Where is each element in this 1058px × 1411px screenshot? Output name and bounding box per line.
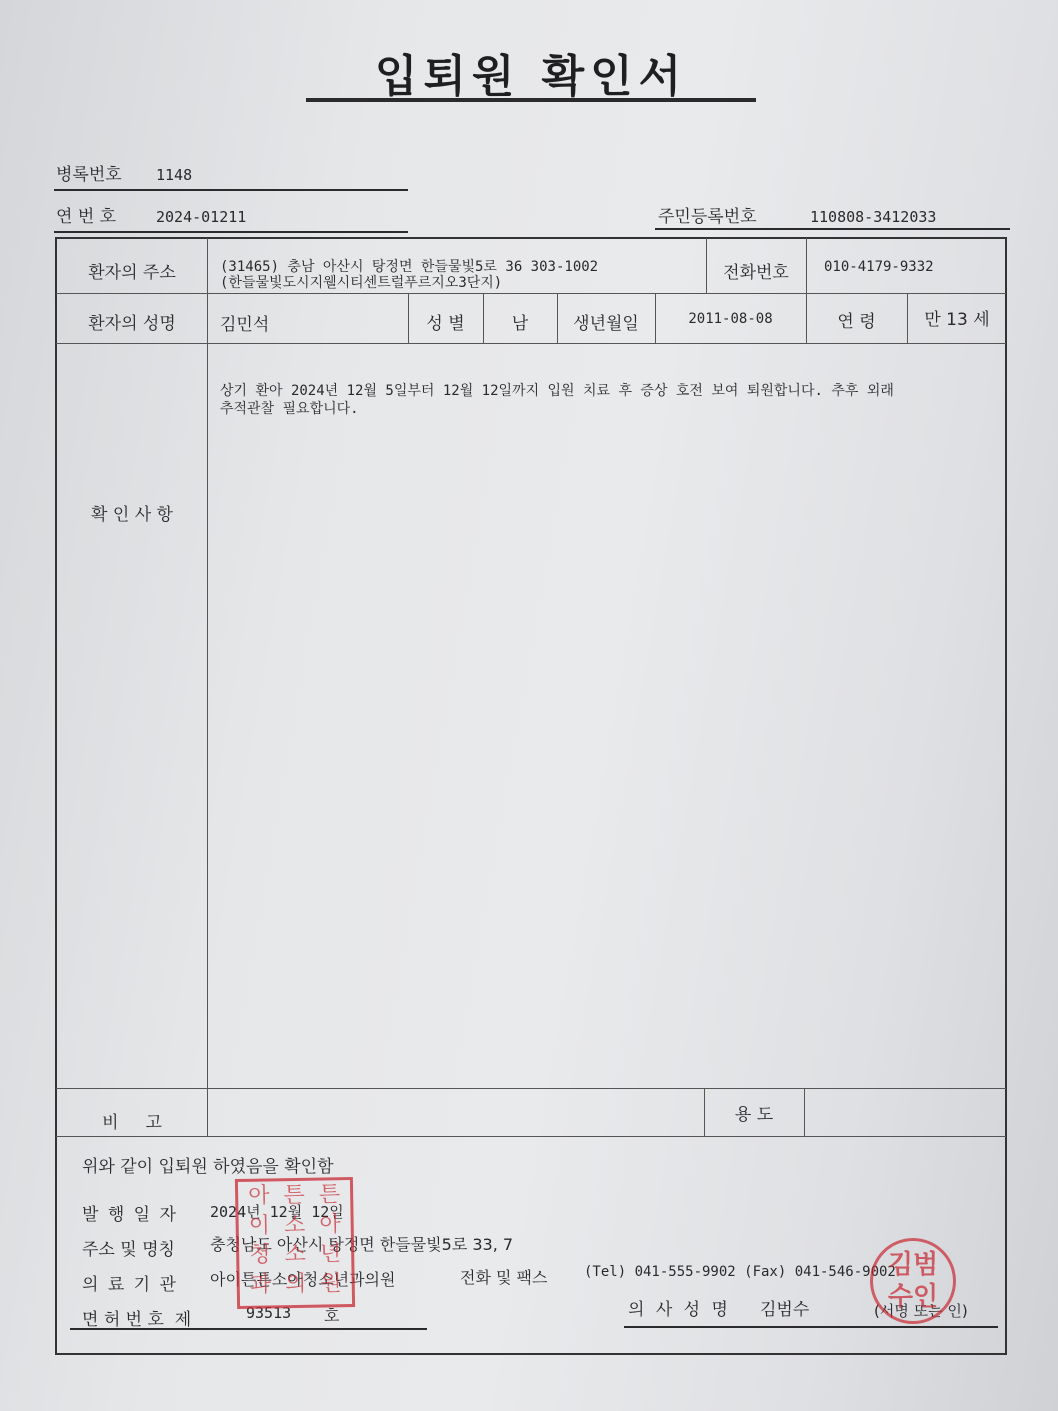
record-no-row: 병록번호 1148 [56,160,192,185]
name-value: 김민석 [220,310,269,335]
purpose-label: 용 도 [704,1100,804,1125]
sex-value: 남 [483,309,557,334]
row-divider [56,1088,1006,1089]
form-table [55,237,1007,1355]
contact-label: 전화 및 팩스 [460,1265,547,1288]
seal-character: 범 [913,1252,938,1278]
issuer-statement: 위와 같이 입퇴원 하였음을 확인함 [82,1152,334,1177]
birth-value: 2011-08-08 [655,311,806,327]
divider [54,189,408,191]
confirmation-label: 확 인 사 항 [57,500,207,525]
row-divider [56,1136,1006,1137]
sex-label: 성 별 [408,309,483,334]
institution-seal-stamp: 아튼튼이소아청소년과의원 [235,1177,355,1309]
seal-character: 년 [314,1243,348,1271]
divider [655,228,1010,230]
row-divider [56,293,1006,294]
seal-character: 수 [888,1284,913,1310]
seal-character: 의 [279,1273,313,1301]
issue-date-label: 발 행 일 자 [82,1200,178,1225]
address-line2: (한들물빛도시지웰시티센트럴푸르지오3단지) [220,272,502,292]
institution-address-label: 주소 및 명칭 [82,1235,175,1260]
doctor-seal-stamp: 김범수인 [870,1238,956,1324]
seal-character: 아 [313,1214,347,1242]
license-label: 면 허 번 호 제 [82,1305,191,1330]
seal-character: 튼 [277,1185,311,1213]
doctor-name: 김범수 [760,1295,809,1320]
name-label: 환자의 성명 [57,309,207,334]
seal-character: 소 [278,1214,312,1242]
seal-character: 원 [314,1273,348,1301]
divider [54,231,408,233]
divider [624,1326,998,1328]
title-underline [306,98,756,102]
phone-value: 010-4179-9332 [824,259,934,275]
seal-character: 튼 [313,1184,347,1212]
age-label: 연 령 [806,307,907,332]
birth-label: 생년월일 [557,309,655,334]
seal-character: 인 [913,1284,938,1310]
resident-no-label: 주민등록번호 [658,202,810,227]
confirmation-line1: 상기 환아 2024년 12월 5일부터 12월 12일까지 입원 치료 후 증… [220,380,894,400]
record-no-label: 병록번호 [56,160,156,185]
divider [70,1328,427,1330]
confirmation-line2: 추적관찰 필요합니다. [220,398,359,418]
row-divider [56,343,1006,344]
col-divider [804,1088,805,1136]
seal-character: 과 [244,1274,278,1302]
contact-value: (Tel) 041-555-9902 (Fax) 041-546-9002 [584,1264,896,1280]
institution-label: 의 료 기 관 [82,1270,178,1295]
document-title: 입퇴원 확인서 [306,40,756,104]
confirmation-document: 입퇴원 확인서 병록번호 1148 연 번 호 2024-01211 주민등록번… [0,0,1058,1411]
seal-character: 소 [278,1244,312,1272]
seal-character: 이 [243,1215,277,1243]
seal-character: 아 [242,1185,276,1213]
record-no-value: 1148 [156,166,192,184]
serial-no-value: 2024-01211 [156,208,246,226]
phone-label: 전화번호 [706,258,806,283]
seal-character: 김 [888,1252,913,1278]
col-divider [207,238,208,1136]
address-label: 환자의 주소 [57,258,207,283]
seal-character: 청 [243,1244,277,1272]
serial-no-label: 연 번 호 [56,202,156,227]
resident-no-row: 주민등록번호 110808-3412033 [658,202,936,227]
resident-no-value: 110808-3412033 [810,208,936,226]
doctor-label: 의 사 성 명 [628,1295,731,1320]
serial-no-row: 연 번 호 2024-01211 [56,202,246,227]
age-value: 만 13 세 [907,305,1007,330]
remarks-label: 비 고 [57,1108,207,1133]
